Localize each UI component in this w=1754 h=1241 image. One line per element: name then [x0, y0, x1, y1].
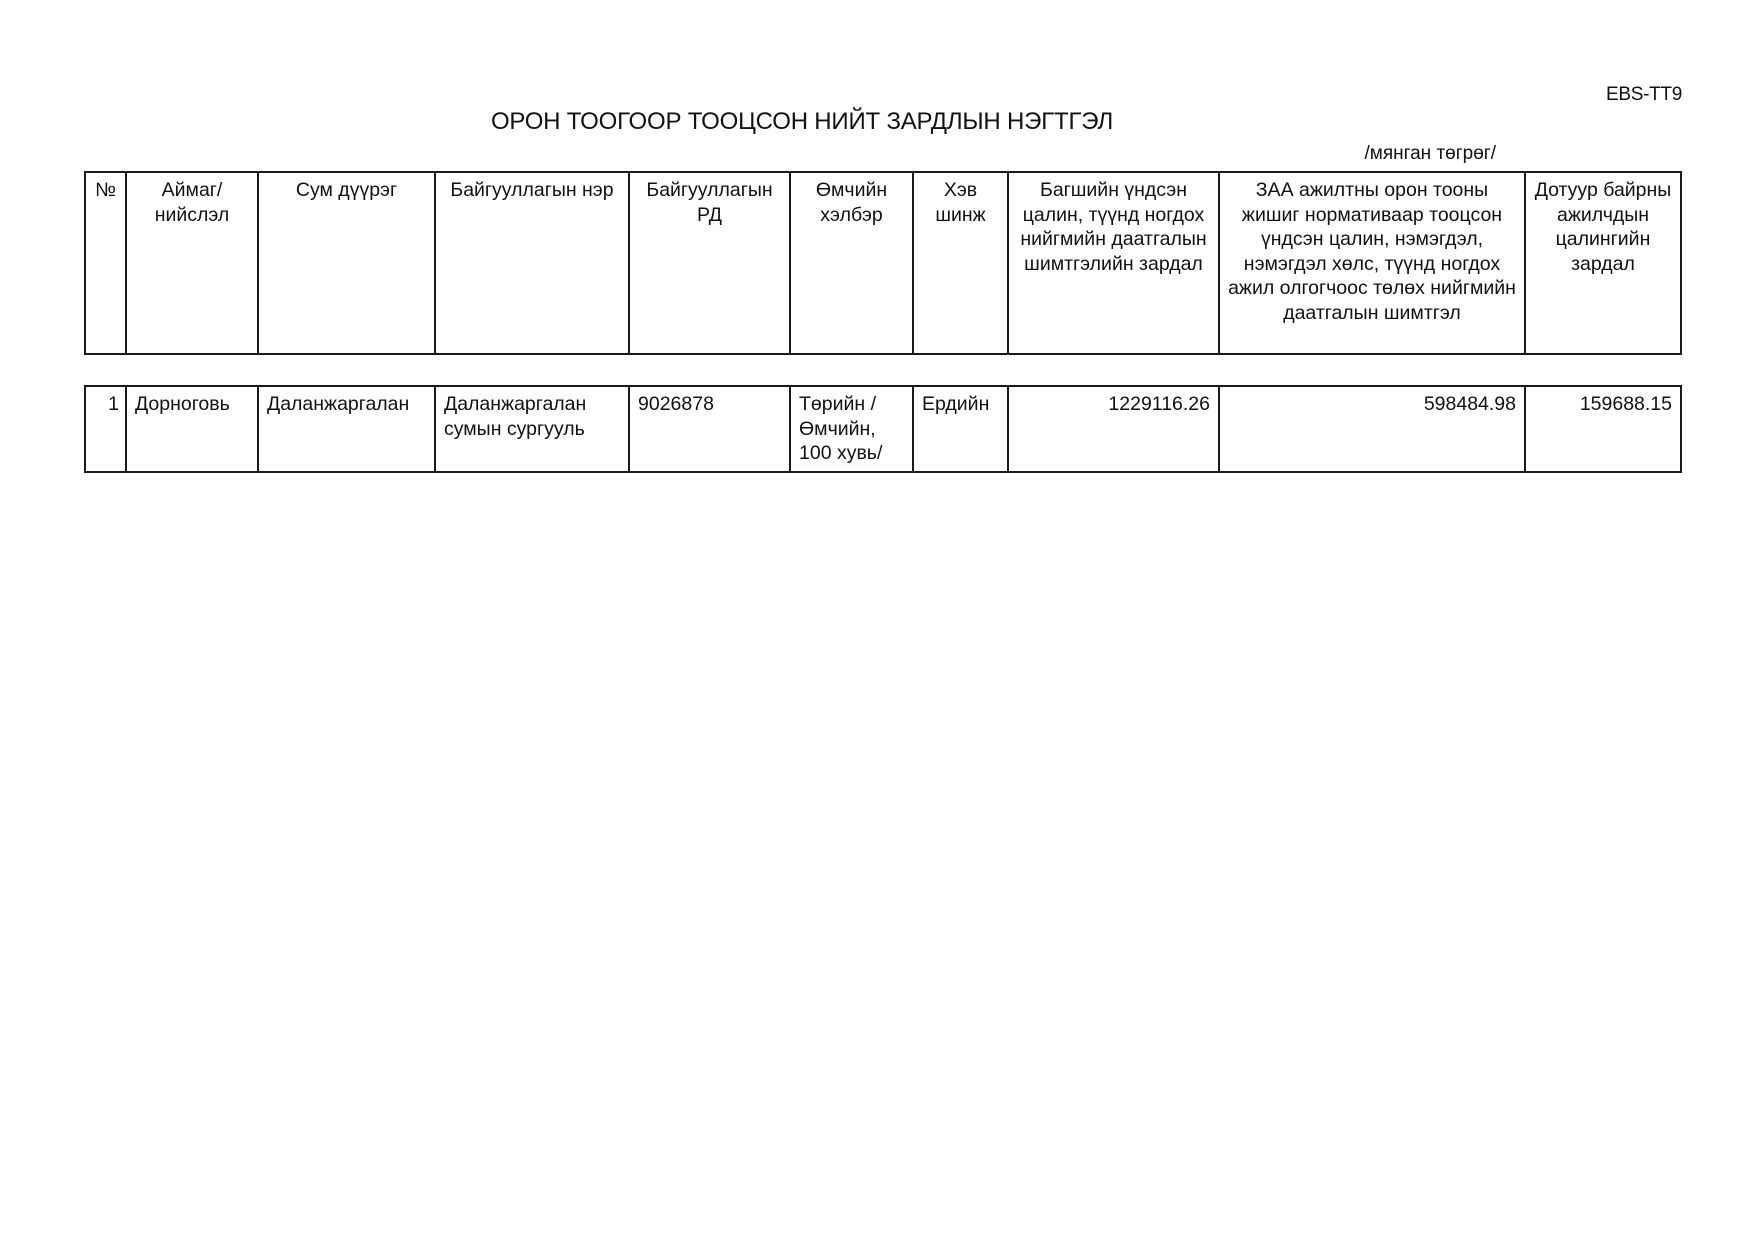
header-row: № Аймаг/ нийслэл Сум дүүрэг Байгууллагын…: [85, 172, 1681, 354]
cell-type: Ердийн: [913, 386, 1008, 472]
table-row: 1 Дорноговь Даланжаргалан Даланжаргалан …: [85, 386, 1681, 472]
column-header-ownership: Өмчийн хэлбэр: [790, 172, 913, 354]
column-header-teacher-salary: Багшийн үндсэн цалин, түүнд ногдох нийгм…: [1008, 172, 1219, 354]
cell-ownership: Төрийн / Өмчийн, 100 хувь/: [790, 386, 913, 472]
column-header-staff-salary: ЗАА ажилтны орон тооны жишиг нормативаар…: [1219, 172, 1525, 354]
cell-org-rd: 9026878: [629, 386, 790, 472]
column-header-type: Хэв шинж: [913, 172, 1008, 354]
column-header-aimag: Аймаг/ нийслэл: [126, 172, 258, 354]
column-header-sum: Сум дүүрэг: [258, 172, 435, 354]
cell-no: 1: [85, 386, 126, 472]
cell-aimag: Дорноговь: [126, 386, 258, 472]
document-title: ОРОН ТООГООР ТООЦСОН НИЙТ ЗАРДЛЫН НЭГТГЭ…: [0, 108, 1754, 136]
cell-sum: Даланжаргалан: [258, 386, 435, 472]
header-table: № Аймаг/ нийслэл Сум дүүрэг Байгууллагын…: [84, 171, 1682, 355]
form-code: EBS-TT9: [1606, 84, 1682, 106]
cell-teacher-salary: 1229116.26: [1008, 386, 1219, 472]
cell-staff-salary: 598484.98: [1219, 386, 1525, 472]
cell-dorm-salary: 159688.15: [1525, 386, 1681, 472]
column-header-org-name: Байгууллагын нэр: [435, 172, 629, 354]
data-table: 1 Дорноговь Даланжаргалан Даланжаргалан …: [84, 385, 1682, 473]
column-header-no: №: [85, 172, 126, 354]
column-header-dorm-salary: Дотуур байрны ажилчдын цалингийн зардал: [1525, 172, 1681, 354]
column-header-org-rd: Байгууллагын РД: [629, 172, 790, 354]
currency-unit: /мянган төгрөг/: [1364, 143, 1496, 165]
cell-org-name: Даланжаргалан сумын сургууль: [435, 386, 629, 472]
